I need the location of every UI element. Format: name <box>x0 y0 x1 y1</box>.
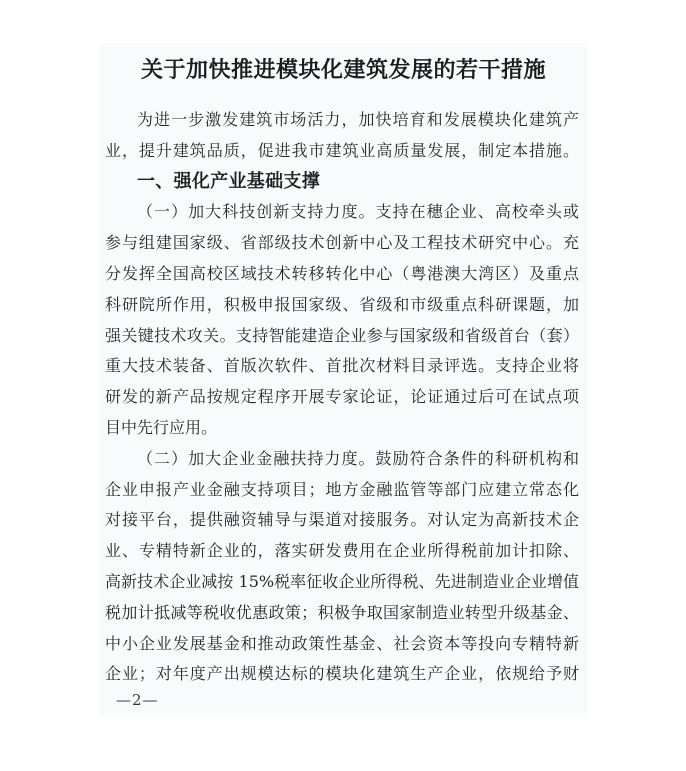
document-body: 为进一步激发建筑市场活力，加快培育和发展模块化建筑产业，提升建筑品质，促进我市建… <box>105 105 579 690</box>
text-line: （二）加大企业金融扶持力度。鼓励符合条件的科研机构和 <box>105 444 579 475</box>
text-line: 企业；对年度产出规模达标的模块化建筑生产企业，依规给予财 <box>105 659 579 690</box>
page-number: —2— <box>116 691 159 709</box>
document-title: 关于加快推进模块化建筑发展的若干措施 <box>100 52 587 88</box>
text-line: 参与组建国家级、省部级技术创新中心及工程技术研究中心。充 <box>105 228 579 259</box>
text-line: 企业申报产业金融支持项目；地方金融监管等部门应建立常态化 <box>105 475 579 506</box>
text-line: 重大技术装备、首版次软件、首批次材料目录评选。支持企业将 <box>105 351 579 382</box>
section-heading: 一、强化产业基础支撑 <box>105 167 579 198</box>
text-line: 目中先行应用。 <box>105 413 579 444</box>
text-line: 分发挥全国高校区域技术转移转化中心（粤港澳大湾区）及重点 <box>105 259 579 290</box>
text-line: 为进一步激发建筑市场活力，加快培育和发展模块化建筑产 <box>105 105 579 136</box>
text-line: 研发的新产品按规定程序开展专家论证，论证通过后可在试点项 <box>105 382 579 413</box>
text-line: 强关键技术攻关。支持智能建造企业参与国家级和省级首台（套） <box>105 321 579 352</box>
text-line: 业、专精特新企业的，落实研发费用在企业所得税前加计扣除、 <box>105 536 579 567</box>
document-page: 关于加快推进模块化建筑发展的若干措施 为进一步激发建筑市场活力，加快培育和发展模… <box>100 43 587 715</box>
text-line: 中小企业发展基金和推动政策性基金、社会资本等投向专精特新 <box>105 629 579 660</box>
document-viewport: 关于加快推进模块化建筑发展的若干措施 为进一步激发建筑市场活力，加快培育和发展模… <box>0 0 686 771</box>
text-line: 高新技术企业减按 15%税率征收企业所得税、先进制造业企业增值 <box>105 567 579 598</box>
text-line: 业，提升建筑品质，促进我市建筑业高质量发展，制定本措施。 <box>105 136 579 167</box>
text-line: （一）加大科技创新支持力度。支持在穗企业、高校牵头或 <box>105 197 579 228</box>
text-line: 税加计抵减等税收优惠政策；积极争取国家制造业转型升级基金、 <box>105 598 579 629</box>
text-line: 对接平台，提供融资辅导与渠道对接服务。对认定为高新技术企 <box>105 505 579 536</box>
text-line: 科研院所作用，积极申报国家级、省级和市级重点科研课题，加 <box>105 290 579 321</box>
